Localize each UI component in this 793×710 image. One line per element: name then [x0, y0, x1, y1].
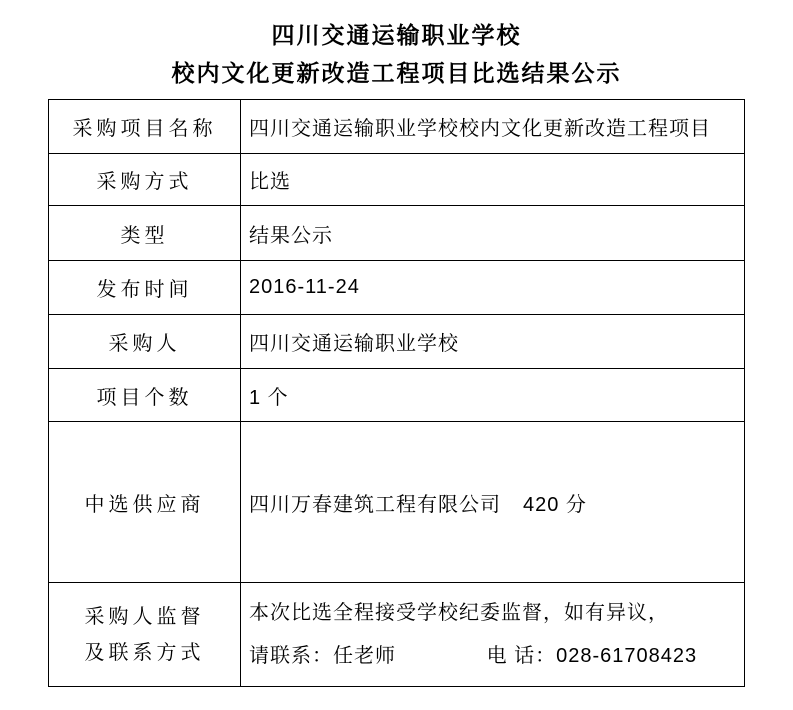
row-label-line-1: 采购人监督 — [85, 603, 205, 631]
announcement-page: { "page": { "title_line1": "四川交通运输职业学校",… — [0, 0, 793, 710]
row-value: 结果公示 — [241, 206, 744, 260]
row-label: 采购方式 — [49, 154, 241, 205]
page-title-line-1: 四川交通运输职业学校 — [0, 17, 793, 50]
row-label: 采购人 — [49, 315, 241, 368]
table-row-purchaser: 采购人 四川交通运输职业学校 — [49, 314, 744, 368]
contact-line: 请联系：任老师 电 话：028-61708423 — [249, 642, 697, 670]
supervision-text: 本次比选全程接受学校纪委监督，如有异议， — [249, 599, 669, 627]
row-value: 2016-11-24 — [241, 261, 744, 314]
announcement-table: 采购项目名称 四川交通运输职业学校校内文化更新改造工程项目 采购方式 比选 类型… — [48, 99, 745, 687]
row-value: 本次比选全程接受学校纪委监督，如有异议， 请联系：任老师 电 话：028-617… — [241, 583, 744, 686]
contact-phone: 电 话：028-61708423 — [487, 645, 698, 667]
row-label: 采购项目名称 — [49, 100, 241, 153]
table-row-supervision-contact: 采购人监督 及联系方式 本次比选全程接受学校纪委监督，如有异议， 请联系：任老师… — [49, 582, 744, 686]
row-label-line-2: 及联系方式 — [85, 639, 205, 667]
table-row-project-name: 采购项目名称 四川交通运输职业学校校内文化更新改造工程项目 — [49, 100, 744, 153]
row-value: 四川交通运输职业学校校内文化更新改造工程项目 — [241, 100, 744, 153]
row-label: 发布时间 — [49, 261, 241, 314]
row-label: 项目个数 — [49, 369, 241, 421]
table-row-project-count: 项目个数 1 个 — [49, 368, 744, 421]
supplier-name: 四川万春建筑工程有限公司 — [249, 488, 501, 517]
table-row-procurement-method: 采购方式 比选 — [49, 153, 744, 205]
table-row-type: 类型 结果公示 — [49, 205, 744, 260]
table-row-publish-date: 发布时间 2016-11-24 — [49, 260, 744, 314]
page-title-line-2: 校内文化更新改造工程项目比选结果公示 — [0, 55, 793, 88]
contact-person: 请联系：任老师 — [249, 645, 396, 667]
row-value: 四川交通运输职业学校 — [241, 315, 744, 368]
row-label: 类型 — [49, 206, 241, 260]
supplier-score: 420 分 — [523, 488, 587, 517]
table-row-selected-supplier: 中选供应商 四川万春建筑工程有限公司 420 分 — [49, 421, 744, 582]
row-value: 1 个 — [241, 369, 744, 421]
row-label: 中选供应商 — [49, 422, 241, 582]
row-value: 四川万春建筑工程有限公司 420 分 — [241, 422, 744, 582]
row-label: 采购人监督 及联系方式 — [49, 583, 241, 686]
row-value: 比选 — [241, 154, 744, 205]
